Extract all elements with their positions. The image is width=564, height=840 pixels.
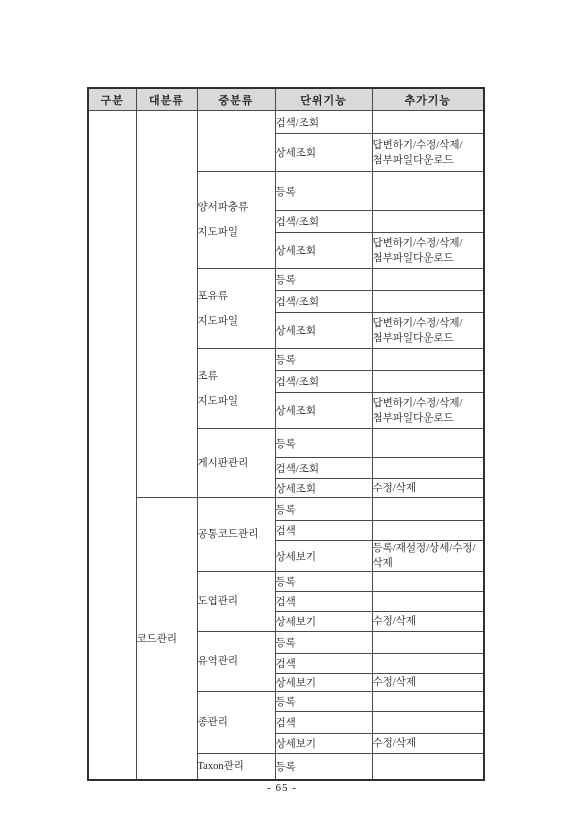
extra-function-cell xyxy=(372,521,484,541)
document-page: 구분 대분류 중분류 단위기능 추가기능 검색/조회 상세조회 답변하기/수정 xyxy=(0,0,564,840)
mid-category-cell: Taxon관리 xyxy=(197,754,275,781)
unit-function-cell: 등록 xyxy=(275,172,372,211)
col-header-unit-function: 단위기능 xyxy=(275,88,372,111)
unit-function-cell: 등록 xyxy=(275,349,372,371)
extra-function-cell xyxy=(372,349,484,371)
mid-category-cell: 유역관리 xyxy=(197,632,275,692)
mid-category-cell: 도엽관리 xyxy=(197,572,275,632)
unit-function-cell: 검색 xyxy=(275,654,372,674)
unit-function-cell: 등록 xyxy=(275,269,372,291)
unit-function-cell: 상세보기 xyxy=(275,612,372,632)
extra-function-cell xyxy=(372,111,484,134)
extra-function-cell xyxy=(372,371,484,393)
extra-function-cell xyxy=(372,211,484,233)
unit-function-cell: 상세보기 xyxy=(275,541,372,572)
extra-function-cell: 수정/삭제 xyxy=(372,674,484,692)
unit-function-cell: 상세보기 xyxy=(275,734,372,754)
unit-function-cell: 검색/조회 xyxy=(275,211,372,233)
function-spec-table: 구분 대분류 중분류 단위기능 추가기능 검색/조회 상세조회 답변하기/수정 xyxy=(87,87,485,781)
unit-function-cell: 상세조회 xyxy=(275,233,372,269)
unit-function-cell: 상세조회 xyxy=(275,134,372,172)
unit-function-cell: 등록 xyxy=(275,754,372,781)
col-header-mid-category: 중분류 xyxy=(197,88,275,111)
unit-function-cell: 검색/조회 xyxy=(275,458,372,479)
extra-function-cell: 수정/삭제 xyxy=(372,734,484,754)
major-category-cell: 코드관리 xyxy=(136,498,197,781)
col-header-major-category: 대분류 xyxy=(136,88,197,111)
extra-function-cell xyxy=(372,572,484,592)
gubun-cell xyxy=(88,111,136,781)
page-number: - 65 - xyxy=(0,782,564,794)
unit-function-cell: 검색/조회 xyxy=(275,111,372,134)
extra-function-cell: 수정/삭제 xyxy=(372,612,484,632)
extra-function-cell xyxy=(372,269,484,291)
mid-category-cell: 게시판관리 xyxy=(197,429,275,498)
unit-function-cell: 검색 xyxy=(275,521,372,541)
unit-function-cell: 상세조회 xyxy=(275,393,372,429)
unit-function-cell: 검색/조회 xyxy=(275,291,372,313)
extra-function-cell xyxy=(372,712,484,734)
mid-category-cell: 공통코드관리 xyxy=(197,498,275,572)
unit-function-cell: 등록 xyxy=(275,572,372,592)
unit-function-cell: 상세조회 xyxy=(275,313,372,349)
extra-function-cell: 수정/삭제 xyxy=(372,479,484,498)
extra-function-cell xyxy=(372,592,484,612)
col-header-extra-function: 추가기능 xyxy=(372,88,484,111)
extra-function-cell xyxy=(372,291,484,313)
extra-function-cell: 답변하기/수정/삭제/첨부파일다운로드 xyxy=(372,393,484,429)
unit-function-cell: 검색 xyxy=(275,592,372,612)
extra-function-cell: 답변하기/수정/삭제/첨부파일다운로드 xyxy=(372,233,484,269)
extra-function-cell xyxy=(372,654,484,674)
unit-function-cell: 상세조회 xyxy=(275,479,372,498)
table-row: 검색/조회 xyxy=(88,111,484,134)
unit-function-cell: 상세보기 xyxy=(275,674,372,692)
mid-category-cell: 종관리 xyxy=(197,692,275,754)
unit-function-cell: 등록 xyxy=(275,498,372,521)
extra-function-cell: 등록/재설정/상세/수정/삭제 xyxy=(372,541,484,572)
extra-function-cell: 답변하기/수정/삭제/첨부파일다운로드 xyxy=(372,134,484,172)
mid-category-cell: 양서파충류지도파일 xyxy=(197,172,275,269)
mid-category-cell: 조류지도파일 xyxy=(197,349,275,429)
unit-function-cell: 검색/조회 xyxy=(275,371,372,393)
table-row: 코드관리 공통코드관리 등록 xyxy=(88,498,484,521)
extra-function-cell xyxy=(372,172,484,211)
unit-function-cell: 등록 xyxy=(275,429,372,458)
mid-category-cell: 포유류지도파일 xyxy=(197,269,275,349)
extra-function-cell xyxy=(372,458,484,479)
header-row: 구분 대분류 중분류 단위기능 추가기능 xyxy=(88,88,484,111)
col-header-gubun: 구분 xyxy=(88,88,136,111)
extra-function-cell xyxy=(372,498,484,521)
extra-function-cell xyxy=(372,692,484,712)
major-category-cell xyxy=(136,111,197,498)
unit-function-cell: 검색 xyxy=(275,712,372,734)
extra-function-cell xyxy=(372,632,484,654)
extra-function-cell xyxy=(372,754,484,781)
extra-function-cell: 답변하기/수정/삭제/첨부파일다운로드 xyxy=(372,313,484,349)
unit-function-cell: 등록 xyxy=(275,692,372,712)
unit-function-cell: 등록 xyxy=(275,632,372,654)
extra-function-cell xyxy=(372,429,484,458)
mid-category-cell xyxy=(197,111,275,172)
